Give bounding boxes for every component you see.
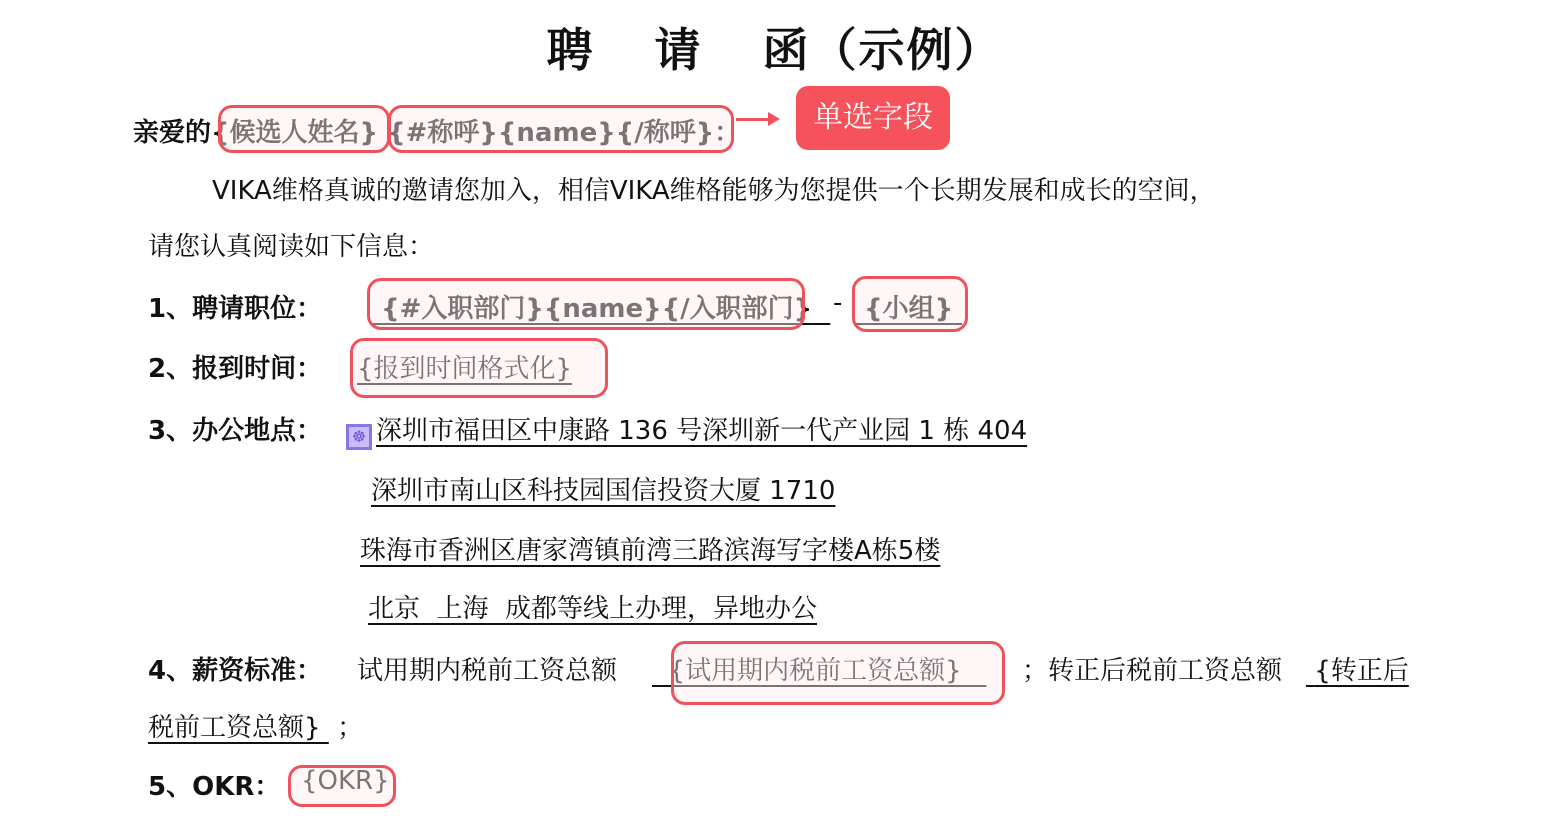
position-separator: - [833,288,842,318]
salary-regular-text: ；转正后税前工资总额 [1022,650,1282,687]
arrow-icon [736,118,772,121]
salary-regular-field-part1-text: {转正后 [1314,656,1409,686]
office-address-1-text: 深圳市福田区中康路 136 号深圳新一代产业园 1 栋 404 [376,416,1027,446]
document-title: 聘请函（示例） [0,14,1549,80]
highlight-report-time [350,338,608,398]
greeting-prefix: 亲爱的 [133,118,211,148]
highlight-group [852,276,968,332]
highlight-candidate-name [218,105,390,153]
highlight-department [367,278,805,330]
intro-line-2: 请您认真阅读如下信息： [148,226,434,263]
salary-regular-line2: 税前工资总额} ； [148,707,363,744]
wheel-icon: ☸ [346,424,372,450]
office-address-1: ☸深圳市福田区中康路 136 号深圳新一代产业园 1 栋 404 [346,410,1027,450]
salary-end-punct: ； [337,713,363,743]
highlight-salary-probation [671,641,1005,705]
office-address-3: 珠海市香洲区唐家湾镇前湾三路滨海写字楼A栋5楼 [360,530,940,567]
salary-regular-field-part2: 税前工资总额} [148,713,321,743]
salary-regular-field-part1: {转正后 [1306,650,1409,687]
item-salary-label: 4、薪资标准： [148,650,322,687]
title-char-1: 聘 [547,23,595,77]
item-office-label: 3、办公地点： [148,410,322,447]
office-address-2: 深圳市南山区科技园国信投资大厦 1710 [371,470,835,507]
intro-line-1: VIKA维格真诚的邀请您加入，相信VIKA维格能够为您提供一个长期发展和成长的空… [212,170,1216,207]
item-position-label: 1、聘请职位： [148,288,322,325]
salary-probation-text: 试用期内税前工资总额 [357,650,617,687]
title-char-3: 函（示例） [763,23,1003,77]
highlight-salutation [388,105,734,153]
item-report-time-label: 2、报到时间： [148,348,322,385]
office-address-4: 北京 上海 成都等线上办理，异地办公 [368,588,817,625]
single-select-field-tag: 单选字段 [796,86,950,150]
title-char-2: 请 [655,23,703,77]
highlight-okr [288,765,396,807]
item-okr-label: 5、OKR： [148,766,280,803]
